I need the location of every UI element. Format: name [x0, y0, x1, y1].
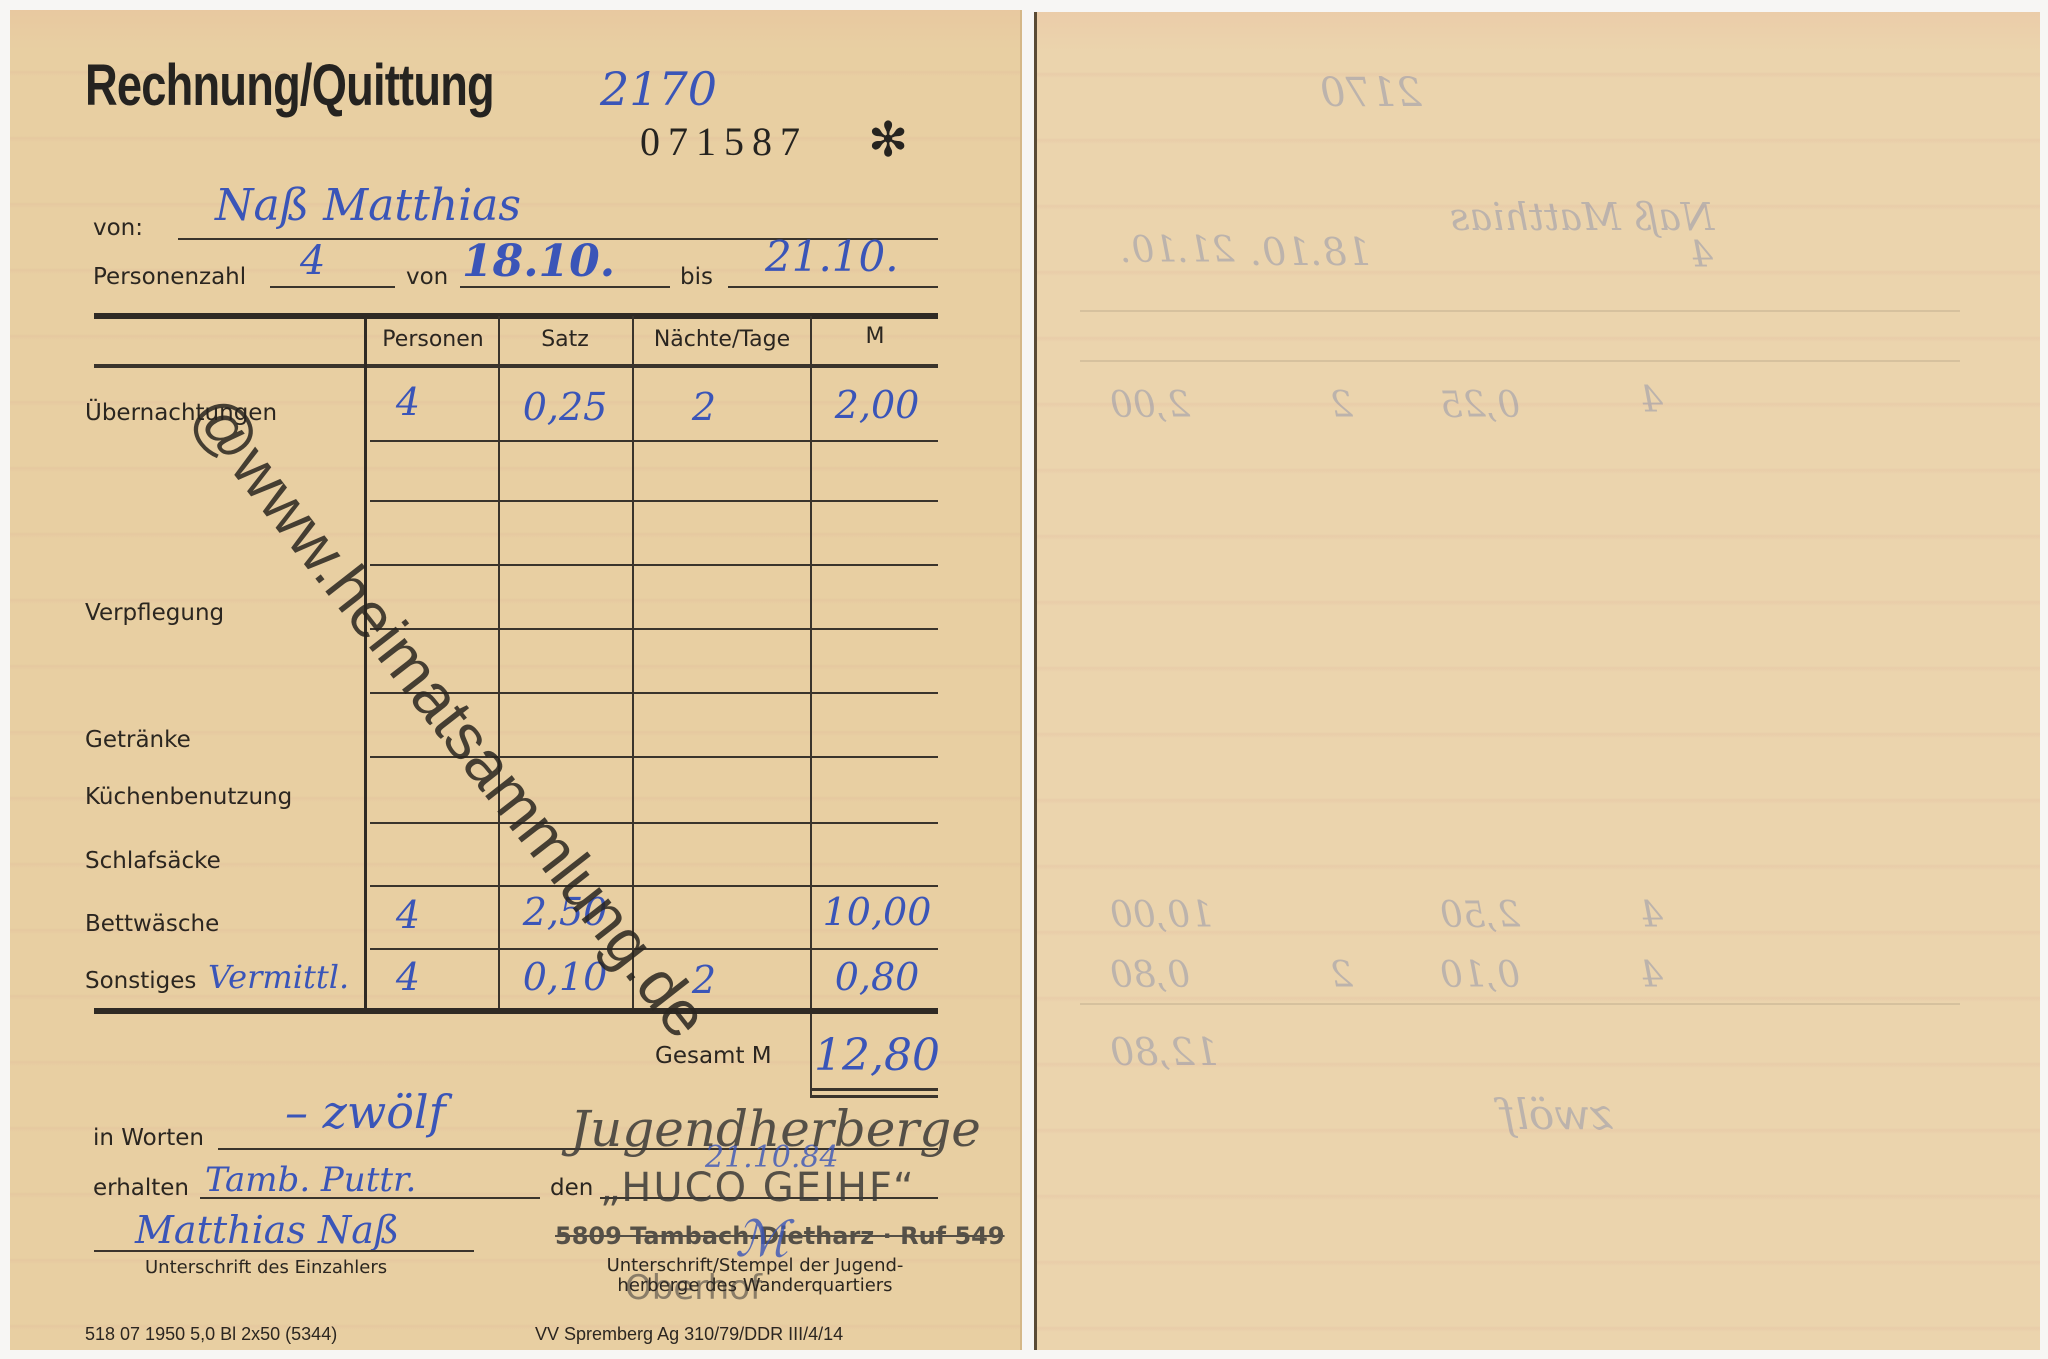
ghost-rule [1080, 1003, 1960, 1005]
ghost-text: 0,25 [1440, 385, 1520, 426]
date-from-label: von [406, 264, 448, 290]
ghost-text: 2,00 [1110, 385, 1190, 426]
ghost-text: 21.10. [1120, 230, 1235, 271]
payer-signature-line [94, 1250, 474, 1252]
von-value: Naß Matthias [215, 180, 521, 231]
serial-number: 071587 [640, 118, 808, 165]
row-label-sonstiges: Sonstiges [85, 968, 196, 994]
ghost-text: 18.10. [1250, 230, 1371, 274]
ghost-text: zwölf [1500, 1090, 1612, 1139]
ghost-text: 10,00 [1110, 895, 1213, 936]
ghost-text: Naß Matthias [1450, 195, 1714, 239]
date-to-value: 21.10. [765, 232, 899, 281]
cell-uebernachtungen-m: 2,00 [812, 383, 942, 427]
ghost-text: 2 [1330, 385, 1353, 426]
cell-sonstiges-m: 0,80 [812, 955, 942, 999]
row-label-verpflegung: Verpflegung [85, 600, 224, 626]
ghost-text: 4 [1690, 235, 1713, 276]
payer-caption: Unterschrift des Einzahlers [145, 1257, 387, 1278]
print-info-right: VV Spremberg Ag 310/79/DDR III/4/14 [535, 1324, 843, 1345]
stamp-line1: Jugendherberge [570, 1100, 981, 1158]
row-line [370, 440, 938, 442]
ghost-text: 4 [1640, 895, 1663, 936]
column-header-m: M [812, 324, 938, 349]
cell-bettwaesche-m: 10,00 [812, 890, 942, 934]
ghost-text: 0,80 [1110, 955, 1190, 996]
hostel-caption-line2: herberge des Wanderquartiers [575, 1275, 935, 1296]
print-info-left: 518 07 1950 5,0 Bl 2x50 (5344) [85, 1324, 337, 1345]
ghost-rule [1080, 310, 1960, 312]
date-to-underline [728, 286, 938, 288]
column-header-naechte-tage: Nächte/Tage [634, 327, 810, 352]
payer-signature: Matthias Naß [135, 1208, 399, 1252]
handwritten-reference: 2170 [600, 62, 717, 116]
ghost-text: 4 [1640, 380, 1663, 421]
column-header-satz: Satz [500, 327, 630, 352]
personenzahl-underline [270, 286, 395, 288]
stamp-line2: „HUCO GEIHF“ [600, 1165, 916, 1211]
row-label-getraenke: Getränke [85, 727, 191, 753]
sonstiges-handwritten-note: Vermittl. [208, 958, 349, 996]
cell-uebernachtungen-naechte: 2 [634, 385, 774, 429]
personenzahl-label: Personenzahl [93, 264, 246, 290]
personenzahl-value: 4 [300, 238, 325, 284]
cell-bettwaesche-personen: 4 [368, 893, 448, 937]
in-worten-value: – zwölf [285, 1085, 446, 1139]
total-value: 12,80 [812, 1030, 942, 1081]
ghost-text: 12,80 [1110, 1030, 1219, 1074]
total-double-rule [810, 1088, 938, 1091]
ghost-text: 2,50 [1440, 895, 1520, 936]
column-header-personen: Personen [368, 327, 498, 352]
von-label: von: [93, 215, 143, 241]
document-title: Rechnung/Quittung [85, 52, 494, 119]
date-to-label: bis [680, 264, 713, 290]
ghost-text: 4 [1640, 955, 1663, 996]
den-label: den [550, 1175, 593, 1201]
erhalten-label: erhalten [93, 1175, 189, 1201]
ghost-rule [1080, 360, 1960, 362]
ghost-text: 2 [1330, 955, 1353, 996]
cell-uebernachtungen-satz: 0,25 [500, 385, 630, 429]
total-label: Gesamt M [655, 1043, 772, 1069]
row-line [370, 885, 938, 887]
row-line [370, 822, 938, 824]
row-label-schlafsaecke: Schlafsäcke [85, 848, 221, 874]
total-double-rule [810, 1095, 938, 1098]
cell-sonstiges-personen: 4 [368, 955, 448, 999]
ghost-text: 2170 [1320, 70, 1422, 116]
row-label-bettwaesche: Bettwäsche [85, 911, 219, 937]
erhalten-value: Tamb. Puttr. [205, 1160, 416, 1200]
row-line [370, 628, 938, 630]
in-worten-label: in Worten [93, 1125, 204, 1151]
hostel-caption-line1: Unterschrift/Stempel der Jugend- [575, 1255, 935, 1276]
date-from-value: 18.10. [462, 236, 615, 287]
row-label-kuechenbenutzung: Küchenbenutzung [85, 784, 292, 810]
row-line [370, 500, 938, 502]
cell-uebernachtungen-personen: 4 [368, 380, 448, 424]
table-bottom-rule [94, 1008, 938, 1014]
asterisk-mark-icon: ✻ [868, 112, 908, 168]
row-line [370, 564, 938, 566]
ghost-text: 0,10 [1440, 955, 1520, 996]
